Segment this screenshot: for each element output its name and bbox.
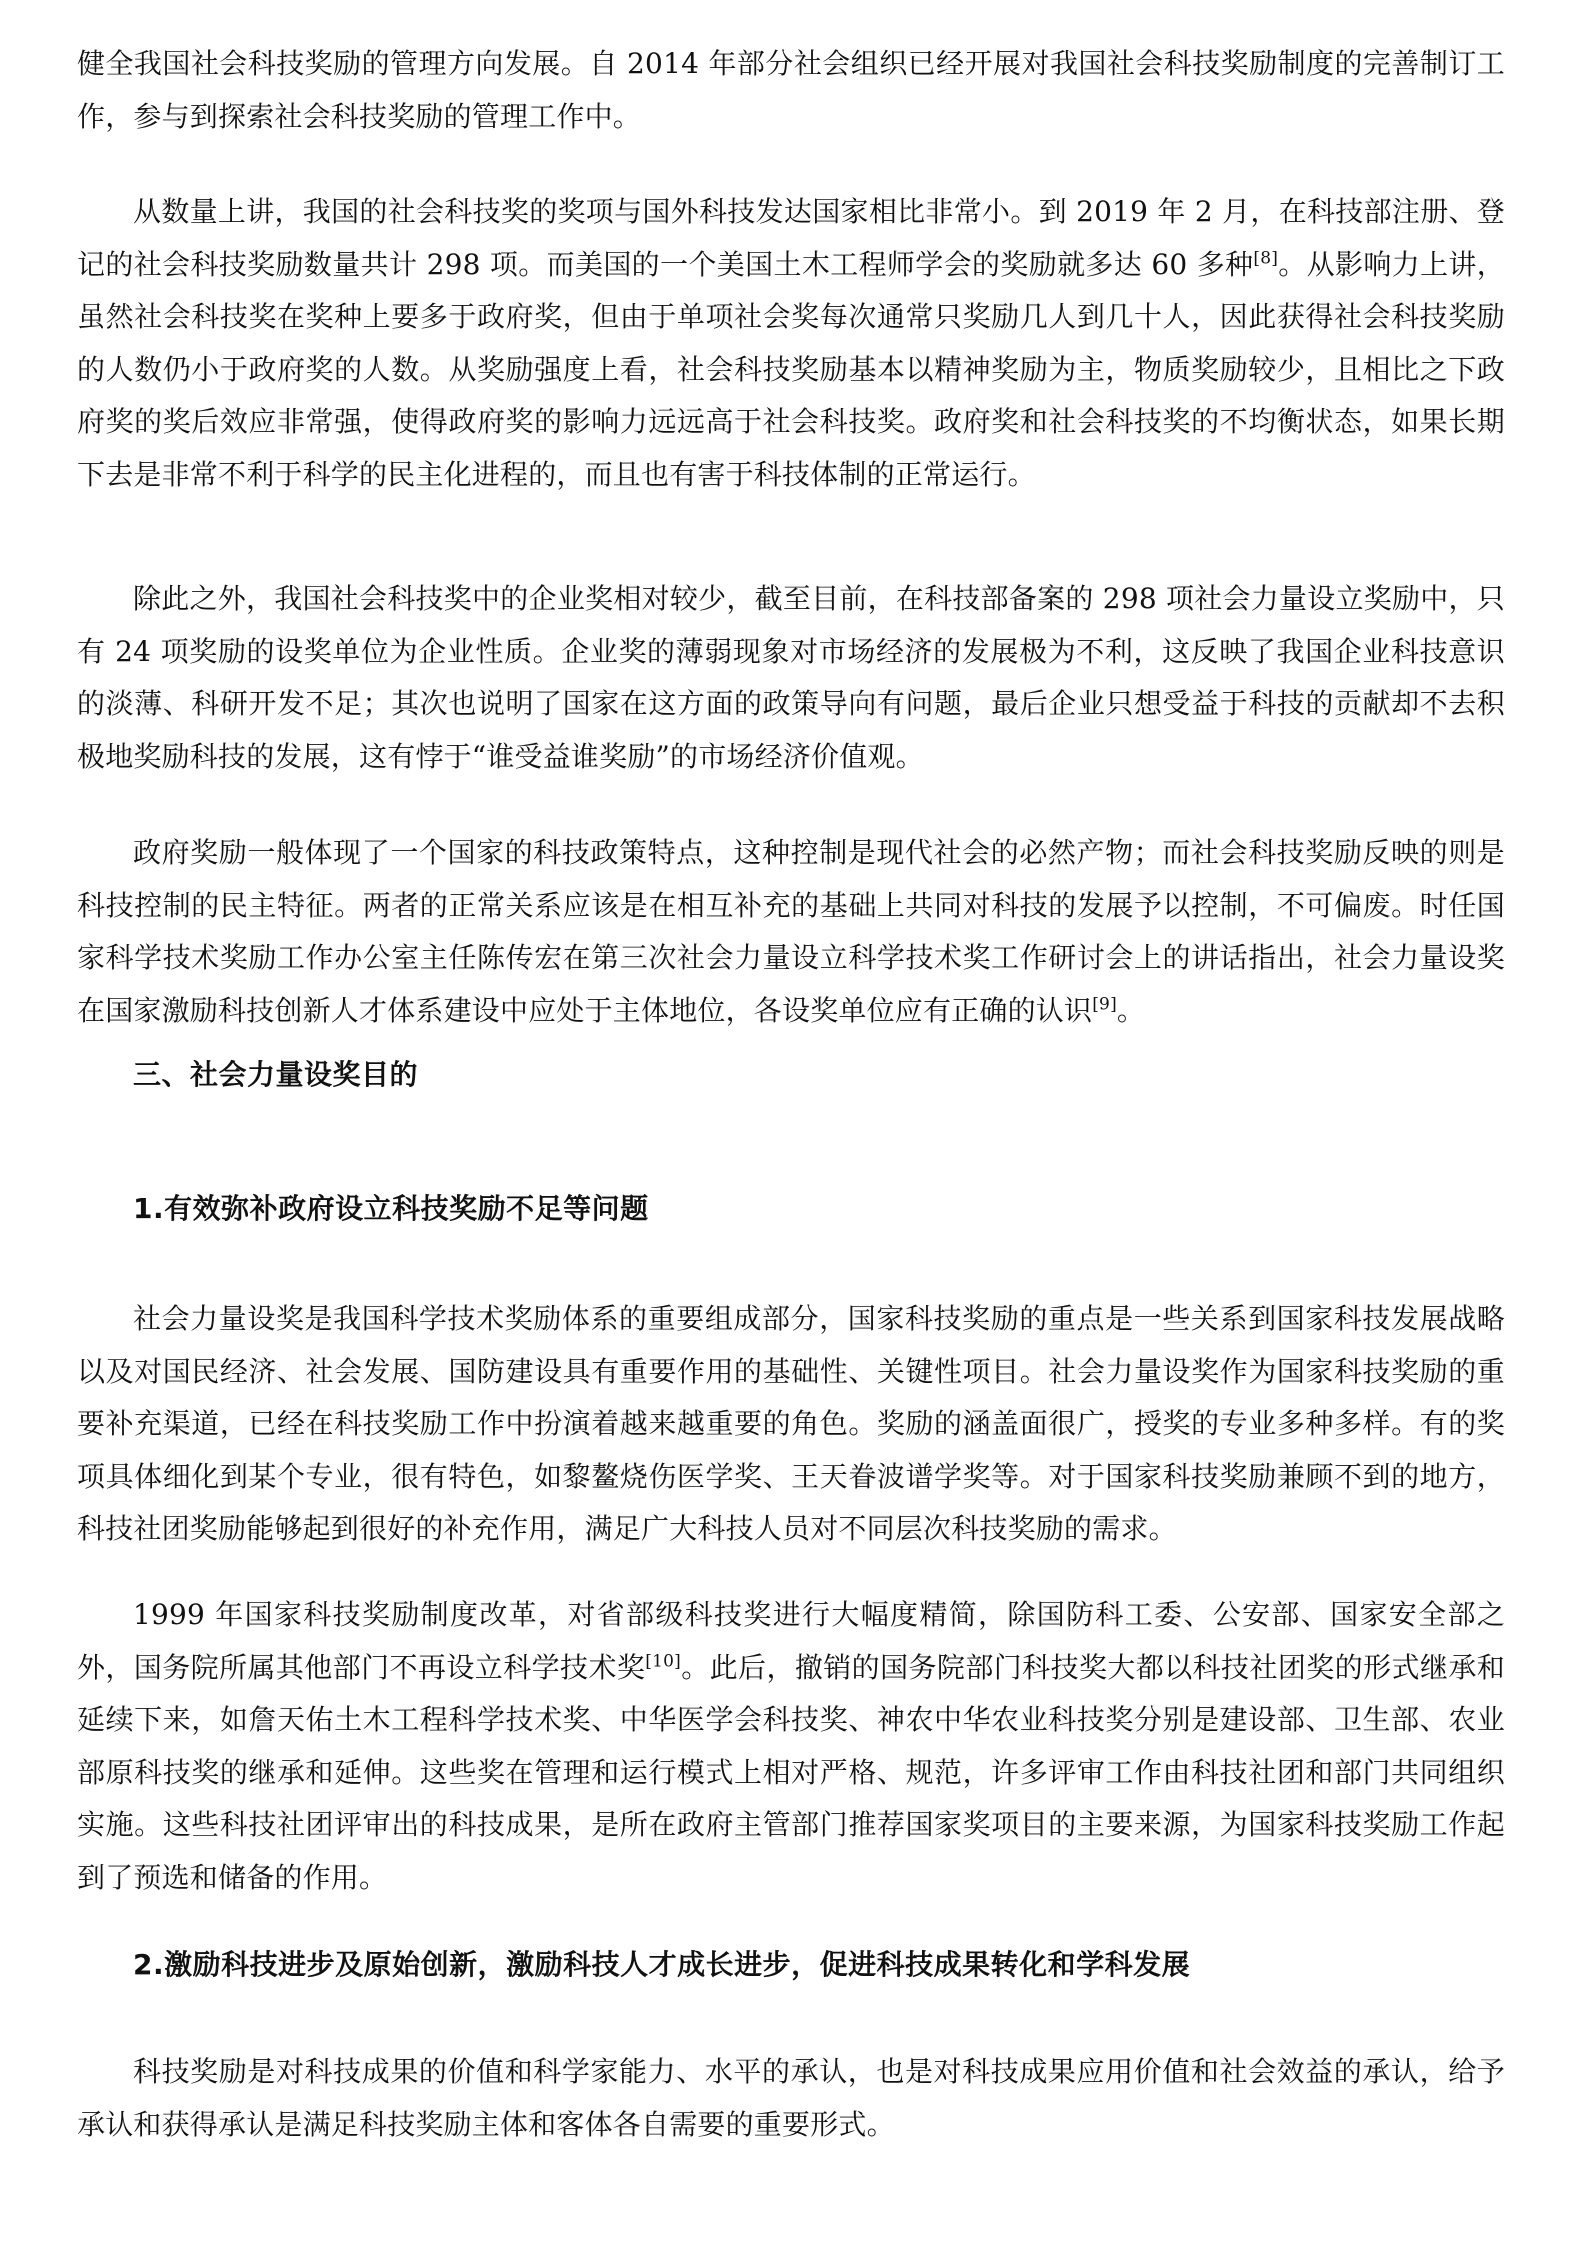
citation-ref: [10] bbox=[645, 1651, 681, 1671]
citation-ref: [8] bbox=[1253, 248, 1278, 268]
citation-ref: [9] bbox=[1092, 994, 1117, 1014]
document-page: 健全我国社会科技奖励的管理方向发展。自 2014 年部分社会组织已经开展对我国社… bbox=[0, 0, 1587, 2245]
subsection-heading-2: 2.激励科技进步及原始创新，激励科技人才成长进步，促进科技成果转化和学科发展 bbox=[133, 1945, 1190, 1985]
paragraph-text: 。此后，撤销的国务院部门科技奖大都以科技社团奖的形式继承和延续下来，如詹天佑土木… bbox=[77, 1651, 1505, 1894]
paragraph-award-quantity: 从数量上讲，我国的社会科技奖的奖项与国外科技发达国家相比非常小。到 2019 年… bbox=[77, 186, 1505, 501]
paragraph-text: 。从影响力上讲，虽然社会科技奖在奖种上要多于政府奖，但由于单项社会奖每次通常只奖… bbox=[77, 248, 1505, 491]
paragraph-enterprise-awards: 除此之外，我国社会科技奖中的企业奖相对较少，截至目前，在科技部备案的 298 项… bbox=[77, 573, 1505, 783]
paragraph-recognition: 科技奖励是对科技成果的价值和科学家能力、水平的承认，也是对科技成果应用价值和社会… bbox=[77, 2046, 1505, 2151]
paragraph-social-awards-role: 社会力量设奖是我国科学技术奖励体系的重要组成部分，国家科技奖励的重点是一些关系到… bbox=[77, 1293, 1505, 1556]
paragraph-text: 政府奖励一般体现了一个国家的科技政策特点，这种控制是现代社会的必然产物；而社会科… bbox=[77, 836, 1505, 1027]
section-heading: 三、社会力量设奖目的 bbox=[133, 1055, 418, 1095]
paragraph-continued: 健全我国社会科技奖励的管理方向发展。自 2014 年部分社会组织已经开展对我国社… bbox=[77, 38, 1505, 143]
paragraph-text: 。 bbox=[1117, 994, 1145, 1027]
paragraph-1999-reform: 1999 年国家科技奖励制度改革，对省部级科技奖进行大幅度精简，除国防科工委、公… bbox=[77, 1589, 1505, 1904]
paragraph-government-awards: 政府奖励一般体现了一个国家的科技政策特点，这种控制是现代社会的必然产物；而社会科… bbox=[77, 827, 1505, 1037]
subsection-heading-1: 1.有效弥补政府设立科技奖励不足等问题 bbox=[133, 1189, 649, 1229]
